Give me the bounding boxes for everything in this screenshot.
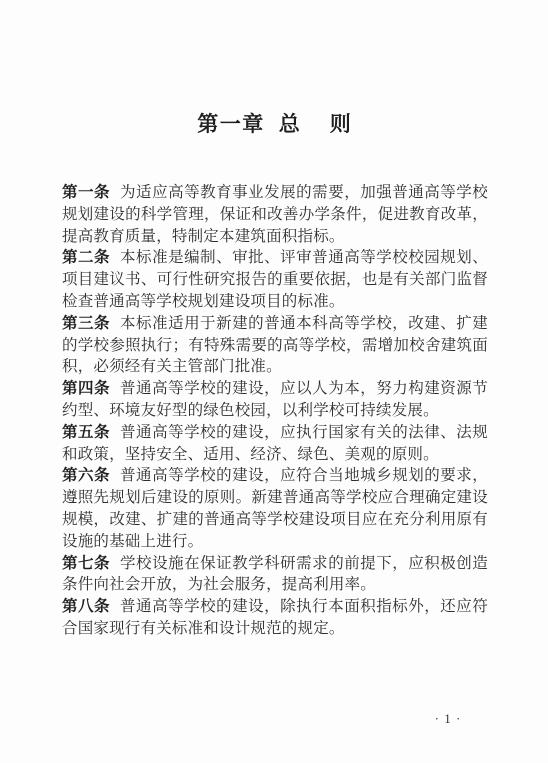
article-label: 第三条 — [62, 315, 110, 332]
article-text: 学校设施在保证教学科研需求的前提下，应积极创造条件向社会开放，为社会服务，提高利… — [62, 555, 488, 594]
article-label: 第五条 — [62, 424, 110, 441]
chapter-title: 第一章 总 则 — [0, 110, 548, 140]
title-word-2: 则 — [330, 110, 351, 140]
article-paragraph: 第一条为适应高等教育事业发展的需要，加强普通高等学校规划建设的科学管理，保证和改… — [62, 182, 488, 247]
title-word-1: 总 — [279, 110, 300, 140]
document-page: 第一章 总 则 第一条为适应高等教育事业发展的需要，加强普通高等学校规划建设的科… — [0, 0, 548, 763]
article-text: 为适应高等教育事业发展的需要，加强普通高等学校规划建设的科学管理，保证和改善办学… — [62, 184, 488, 245]
article-paragraph: 第八条普通高等学校的建设，除执行本面积指标外，还应符合国家现行有关标准和设计规范… — [62, 596, 488, 640]
articles: 第一条为适应高等教育事业发展的需要，加强普通高等学校规划建设的科学管理，保证和改… — [62, 182, 488, 640]
page-number: · 1 · — [427, 711, 469, 727]
article-label: 第二条 — [62, 249, 110, 266]
article-paragraph: 第二条本标准是编制、审批、评审普通高等学校校园规划、项目建议书、可行性研究报告的… — [62, 247, 488, 312]
article-paragraph: 第七条学校设施在保证教学科研需求的前提下，应积极创造条件向社会开放，为社会服务，… — [62, 553, 488, 597]
article-paragraph: 第三条本标准适用于新建的普通本科高等学校，改建、扩建的学校参照执行；有特殊需要的… — [62, 313, 488, 378]
article-label: 第六条 — [62, 467, 110, 484]
article-paragraph: 第六条普通高等学校的建设，应符合当地城乡规划的要求，遵照先规划后建设的原则。新建… — [62, 465, 488, 552]
article-paragraph: 第四条普通高等学校的建设，应以人为本，努力构建资源节约型、环境友好型的绿色校园，… — [62, 378, 488, 422]
article-text: 普通高等学校的建设，应符合当地城乡规划的要求，遵照先规划后建设的原则。新建普通高… — [62, 467, 488, 549]
article-label: 第八条 — [62, 598, 110, 615]
chapter-number: 第一章 — [197, 110, 265, 140]
article-label: 第一条 — [62, 184, 110, 201]
article-text: 普通高等学校的建设，除执行本面积指标外，还应符合国家现行有关标准和设计规范的规定… — [62, 598, 488, 637]
article-label: 第四条 — [62, 380, 110, 397]
article-text: 本标准是编制、审批、评审普通高等学校校园规划、项目建议书、可行性研究报告的重要依… — [62, 249, 488, 310]
article-text: 本标准适用于新建的普通本科高等学校，改建、扩建的学校参照执行；有特殊需要的高等学… — [62, 315, 488, 376]
article-label: 第七条 — [62, 555, 110, 572]
article-paragraph: 第五条普通高等学校的建设，应执行国家有关的法律、法规和政策，坚持安全、适用、经济… — [62, 422, 488, 466]
article-text: 普通高等学校的建设，应执行国家有关的法律、法规和政策，坚持安全、适用、经济、绿色… — [62, 424, 488, 463]
article-text: 普通高等学校的建设，应以人为本，努力构建资源节约型、环境友好型的绿色校园，以利学… — [62, 380, 488, 419]
